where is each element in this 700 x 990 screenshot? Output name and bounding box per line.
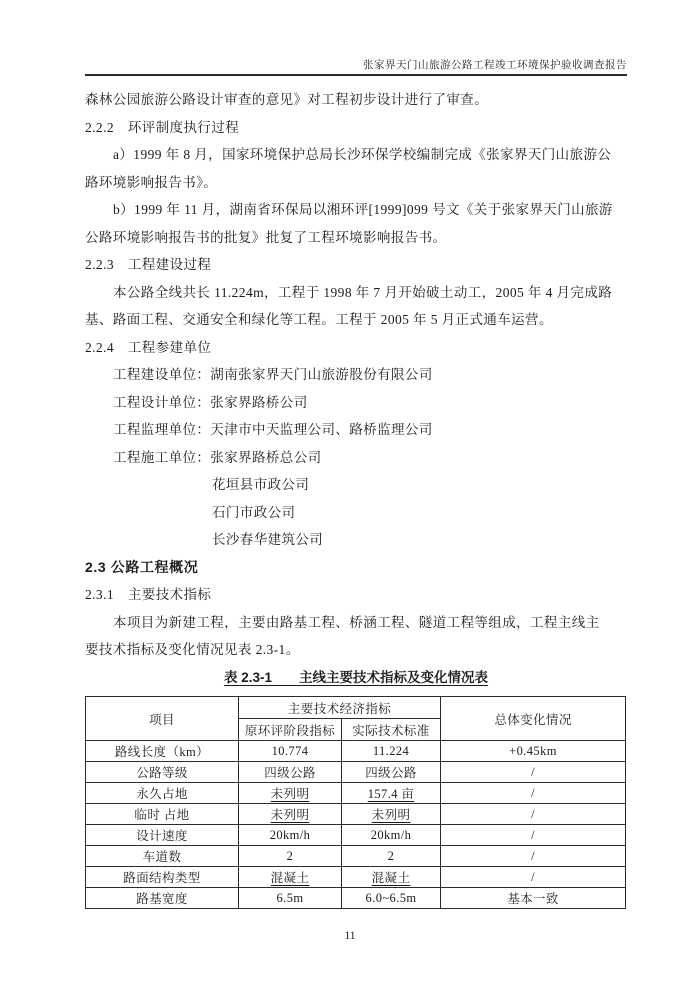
unit-builder-line: 工程施工单位：张家界路桥总公司 — [85, 444, 627, 472]
col-header-eia: 原环评阶段指标 — [239, 719, 342, 741]
cell-eia: 混凝土 — [239, 867, 342, 888]
col-header-actual: 实际技术标准 — [342, 719, 441, 741]
section-heading-2-2-2: 2.2.2 环评制度执行过程 — [85, 114, 627, 142]
cell-change: / — [441, 825, 626, 846]
cell-eia: 四级公路 — [239, 762, 342, 783]
cell-item: 路基宽度 — [86, 888, 239, 909]
cell-change: / — [441, 762, 626, 783]
running-header: 张家界天门山旅游公路工程竣工环境保护验收调查报告 — [85, 0, 627, 76]
section-heading-2-3-1: 2.3.1 主要技术指标 — [85, 581, 627, 609]
unit-design-line: 工程设计单位：张家界路桥公司 — [85, 389, 627, 417]
paragraph-line: 本项目为新建工程，主要由路基工程、桥涵工程、隧道工程等组成，工程主线主 — [85, 609, 627, 637]
unit-construction-line: 工程建设单位：湖南张家界天门山旅游股份有限公司 — [85, 361, 627, 389]
paragraph-line: a）1999 年 8 月，国家环境保护总局长沙环保学校编制完成《张家界天门山旅游… — [85, 141, 627, 169]
unit-builder-line: 石门市政公司 — [85, 499, 627, 527]
cell-actual: 11.224 — [342, 741, 441, 762]
unit-builder-line: 花垣县市政公司 — [85, 471, 627, 499]
cell-change: / — [441, 783, 626, 804]
col-header-change: 总体变化情况 — [441, 697, 626, 741]
cell-item: 路线长度（km） — [86, 741, 239, 762]
cell-item: 临时 占地 — [86, 804, 239, 825]
page-number: 11 — [0, 930, 700, 942]
table-caption: 表 2.3-1 主线主要技术指标及变化情况表 — [85, 664, 627, 692]
unit-supervision-line: 工程监理单位：天津市中天监理公司、路桥监理公司 — [85, 416, 627, 444]
table-row: 路线长度（km） 10.774 11.224 +0.45km — [86, 741, 626, 762]
indicators-table: 项目 主要技术经济指标 总体变化情况 原环评阶段指标 实际技术标准 路线长度（k… — [85, 696, 626, 909]
col-header-item: 项目 — [86, 697, 239, 741]
cell-item: 永久占地 — [86, 783, 239, 804]
cell-actual: 6.0~6.5m — [342, 888, 441, 909]
cell-actual: 20km/h — [342, 825, 441, 846]
report-header-title: 张家界天门山旅游公路工程竣工环境保护验收调查报告 — [85, 59, 627, 73]
paragraph-line: 基、路面工程、交通安全和绿化等工程。工程于 2005 年 5 月正式通车运营。 — [85, 306, 627, 334]
cell-change: / — [441, 846, 626, 867]
cell-eia: 6.5m — [239, 888, 342, 909]
cell-actual: 2 — [342, 846, 441, 867]
cell-eia: 未列明 — [239, 804, 342, 825]
section-heading-2-2-3: 2.2.3 工程建设过程 — [85, 251, 627, 279]
cell-item: 设计速度 — [86, 825, 239, 846]
section-heading-2-2-4: 2.2.4 工程参建单位 — [85, 334, 627, 362]
table-row: 设计速度 20km/h 20km/h / — [86, 825, 626, 846]
paragraph-line: 森林公园旅游公路设计审查的意见》对工程初步设计进行了审查。 — [85, 86, 627, 114]
page-content: 森林公园旅游公路设计审查的意见》对工程初步设计进行了审查。 2.2.2 环评制度… — [85, 86, 627, 909]
paragraph-line: 路环境影响报告书》。 — [85, 169, 627, 197]
unit-builder-line: 长沙春华建筑公司 — [85, 526, 627, 554]
cell-change: / — [441, 804, 626, 825]
table-row: 临时 占地 未列明 未列明 / — [86, 804, 626, 825]
cell-item: 车道数 — [86, 846, 239, 867]
cell-eia: 10.774 — [239, 741, 342, 762]
table-row: 路基宽度 6.5m 6.0~6.5m 基本一致 — [86, 888, 626, 909]
paragraph-line: 要技术指标及变化情况见表 2.3-1。 — [85, 636, 627, 664]
cell-change: +0.45km — [441, 741, 626, 762]
cell-actual: 四级公路 — [342, 762, 441, 783]
table-row: 车道数 2 2 / — [86, 846, 626, 867]
table-row: 公路等级 四级公路 四级公路 / — [86, 762, 626, 783]
cell-eia: 20km/h — [239, 825, 342, 846]
document-page: 张家界天门山旅游公路工程竣工环境保护验收调查报告 森林公园旅游公路设计审查的意见… — [0, 0, 700, 990]
cell-eia: 未列明 — [239, 783, 342, 804]
paragraph-line: 本公路全线共长 11.224m，工程于 1998 年 7 月开始破土动工，200… — [85, 279, 627, 307]
cell-change: 基本一致 — [441, 888, 626, 909]
cell-actual: 混凝土 — [342, 867, 441, 888]
cell-item: 路面结构类型 — [86, 867, 239, 888]
table-row: 永久占地 未列明 157.4 亩 / — [86, 783, 626, 804]
paragraph-line: 公路环境影响报告书的批复》批复了工程环境影响报告书。 — [85, 224, 627, 252]
section-heading-2-3: 2.3 公路工程概况 — [85, 554, 627, 582]
cell-actual: 未列明 — [342, 804, 441, 825]
table-row: 路面结构类型 混凝土 混凝土 / — [86, 867, 626, 888]
col-header-group: 主要技术经济指标 — [239, 697, 441, 719]
cell-actual: 157.4 亩 — [342, 783, 441, 804]
cell-change: / — [441, 867, 626, 888]
cell-item: 公路等级 — [86, 762, 239, 783]
paragraph-line: b）1999 年 11 月，湖南省环保局以湘环评[1999]099 号文《关于张… — [85, 196, 627, 224]
cell-eia: 2 — [239, 846, 342, 867]
